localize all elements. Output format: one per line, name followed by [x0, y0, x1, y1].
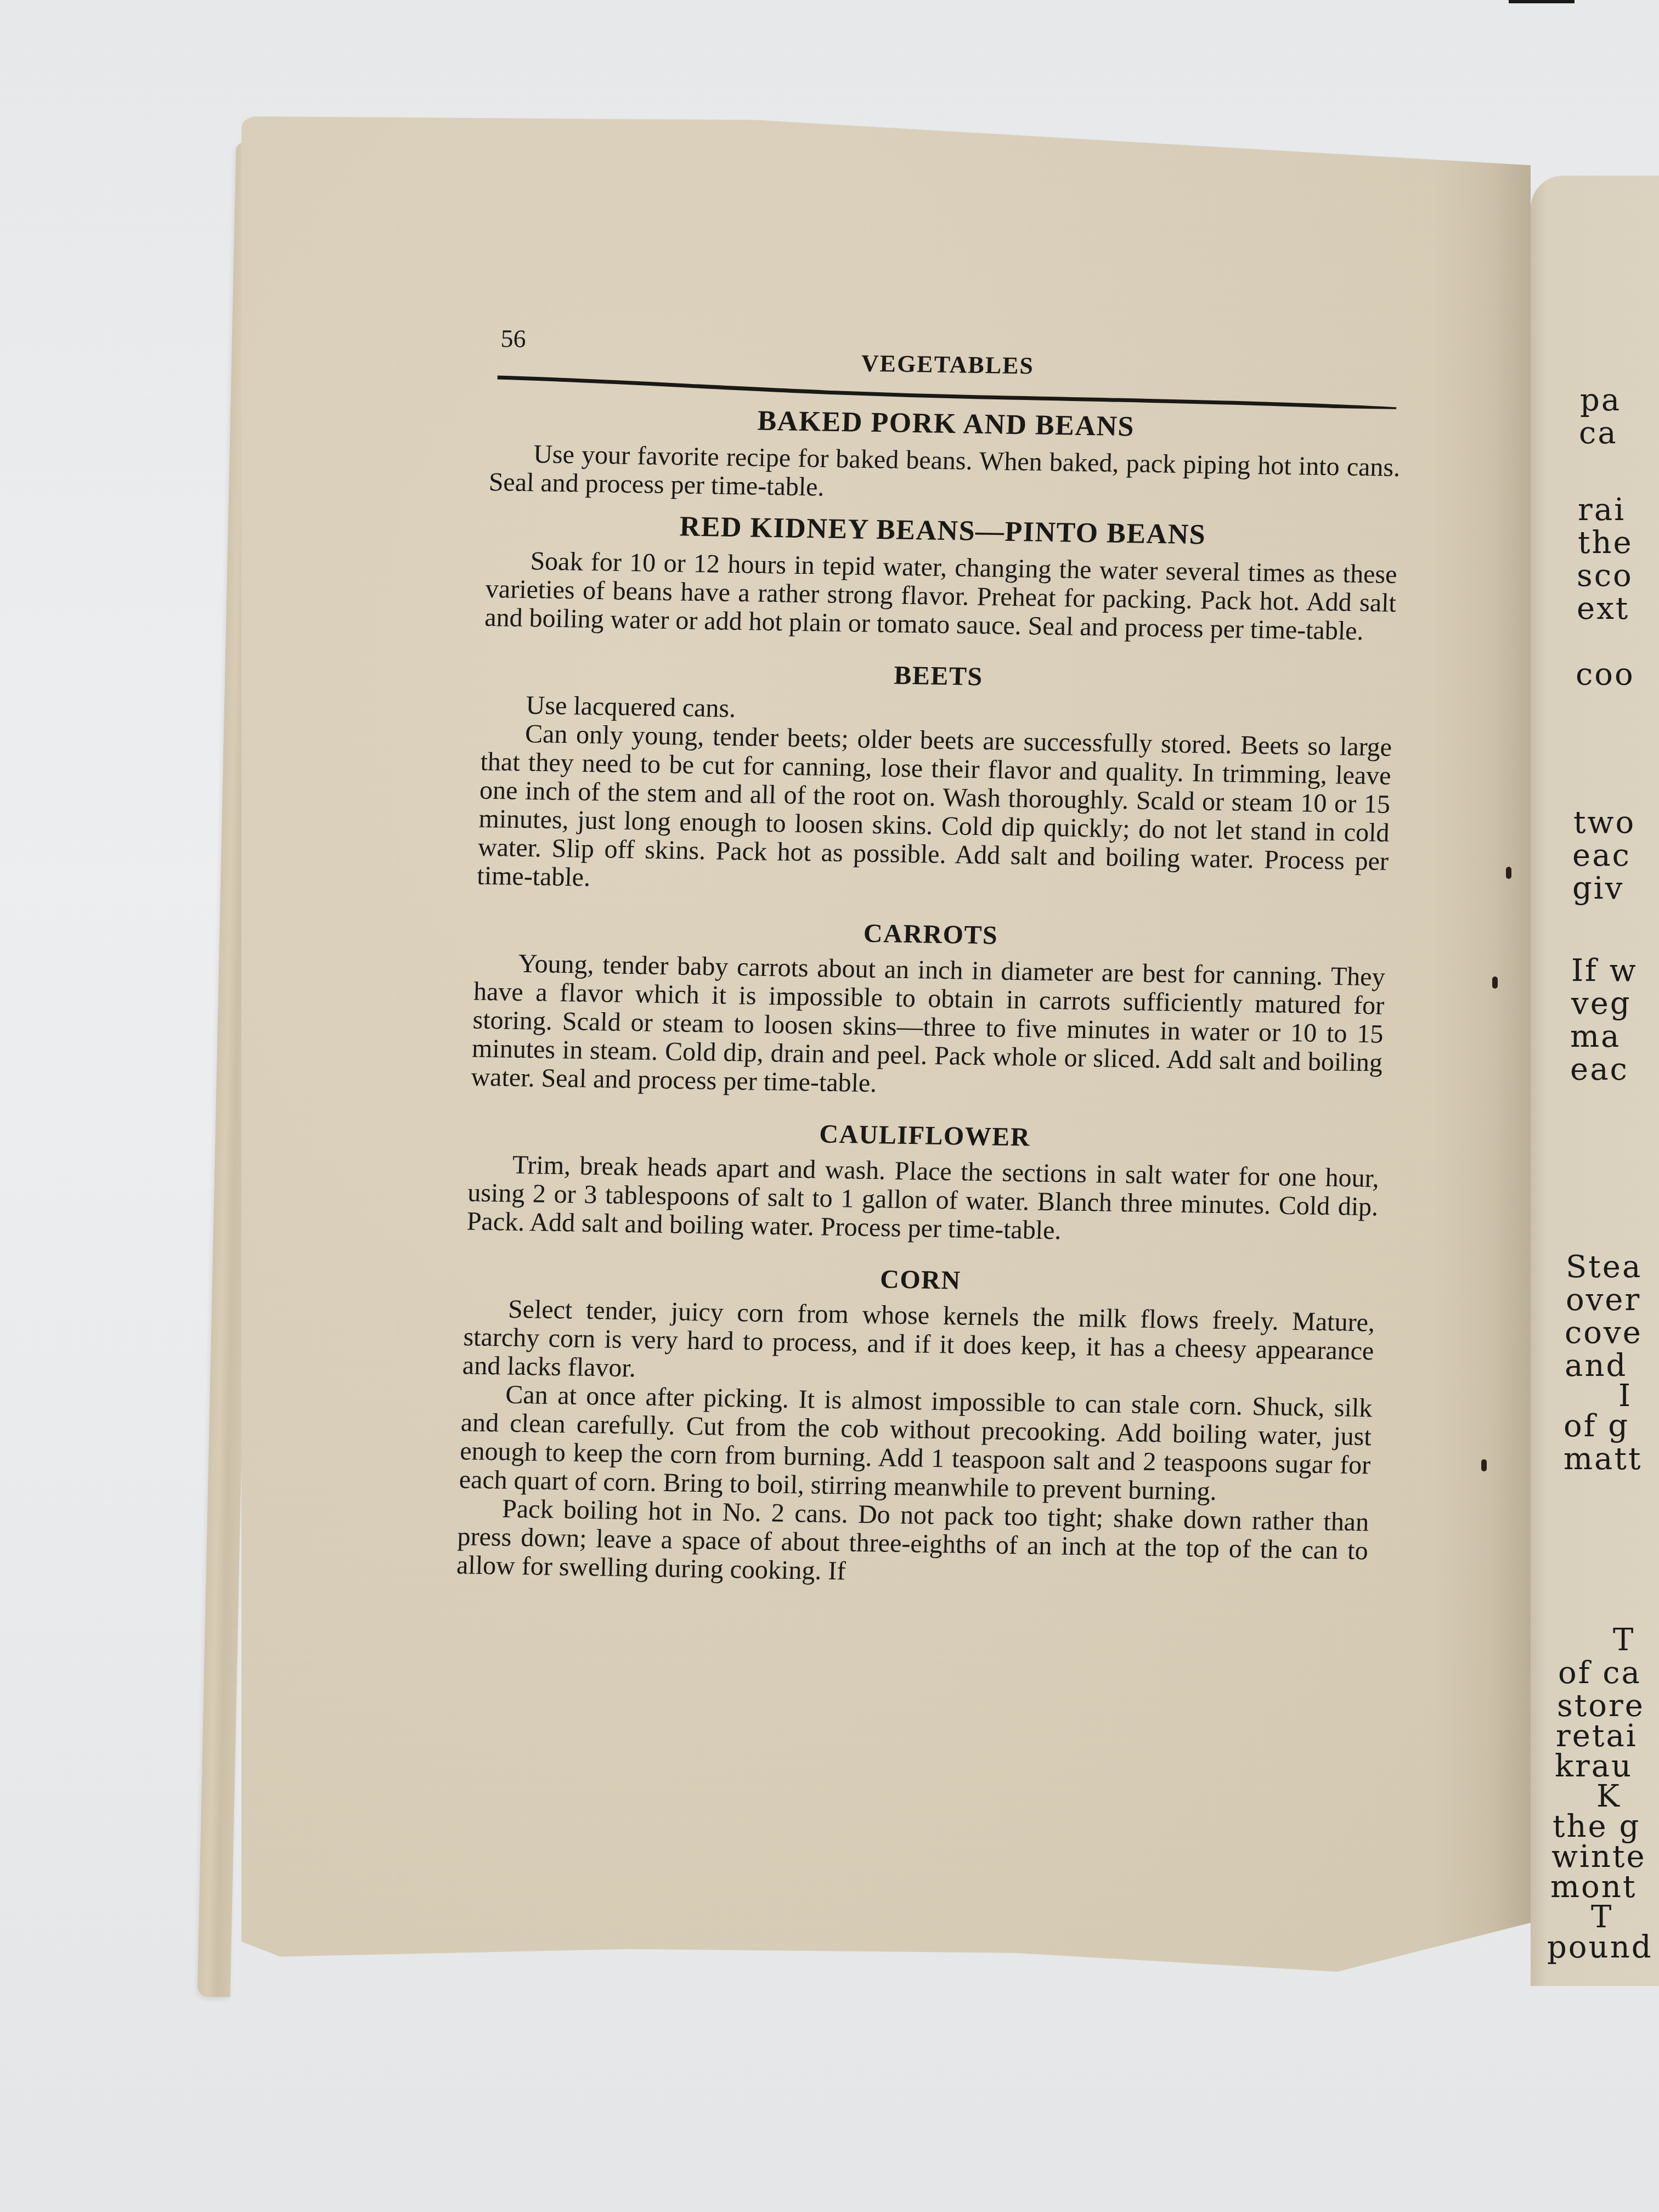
fragment: giv — [1572, 872, 1624, 905]
paragraph: Trim, break heads apart and wash. Place … — [466, 1150, 1379, 1250]
fragment: over — [1566, 1284, 1641, 1317]
fragment: the g — [1553, 1810, 1640, 1843]
fragment: winte — [1551, 1841, 1646, 1874]
section-red-kidney-pinto-beans: RED KIDNEY BEANS—PINTO BEANS Soak for 10… — [484, 507, 1399, 646]
section-title: RED KIDNEY BEANS—PINTO BEANS — [487, 507, 1399, 554]
fragment: of g — [1564, 1410, 1629, 1443]
fragment: pound — [1547, 1931, 1653, 1964]
binding-mark — [1506, 867, 1511, 879]
fragment: rai — [1578, 494, 1626, 527]
fragment: I — [1618, 1380, 1632, 1413]
fragment: cove — [1565, 1317, 1643, 1350]
right-facing-page: pa ca rai the sco ext coo two eac giv If… — [1531, 176, 1659, 1986]
fragment: retai — [1556, 1720, 1638, 1753]
fragment: coo — [1576, 658, 1635, 691]
fragment: two — [1573, 806, 1635, 839]
paragraph: Young, tender baby carrots about an inch… — [471, 949, 1386, 1106]
section-title: CARROTS — [475, 912, 1386, 957]
fragment: and — [1565, 1350, 1627, 1383]
paragraph: Use your favorite recipe for baked beans… — [488, 439, 1401, 511]
section-carrots: CARROTS Young, tender baby carrots about… — [471, 912, 1386, 1106]
paragraph: Select tender, juicy corn from whose ker… — [462, 1294, 1375, 1394]
right-page-text-fragments: pa ca rai the sco ext coo two eac giv If… — [1531, 176, 1659, 1986]
fragment: krau — [1555, 1750, 1633, 1783]
fragment: eac — [1572, 839, 1631, 872]
fragment: ext — [1577, 592, 1629, 625]
right-head-rule — [1509, 0, 1575, 3]
section-title: BAKED PORK AND BEANS — [490, 400, 1402, 447]
fragment: of ca — [1558, 1657, 1641, 1690]
paragraph: Can at once after picking. It is almost … — [459, 1380, 1373, 1508]
binding-mark — [1481, 1459, 1487, 1471]
binding-mark — [1492, 977, 1498, 989]
section-baked-pork-and-beans: BAKED PORK AND BEANS Use your favorite r… — [488, 400, 1402, 511]
section-title: BEETS — [483, 654, 1394, 698]
fragment: eac — [1570, 1053, 1629, 1086]
section-title: CAULIFLOWER — [469, 1113, 1380, 1158]
paragraph: Can only young, tender beets; older beet… — [477, 719, 1392, 905]
fragment: matt — [1564, 1443, 1643, 1476]
fragment: veg — [1571, 988, 1632, 1020]
fragment: pa — [1580, 384, 1621, 417]
fragment: Stea — [1566, 1251, 1642, 1284]
paragraph: Pack boiling hot in No. 2 cans. Do not p… — [456, 1494, 1369, 1594]
fragment: the — [1578, 527, 1633, 560]
paragraph: Soak for 10 or 12 hours in tepid water, … — [484, 546, 1397, 646]
section-beets: BEETS Use lacquered cans. Can only young… — [477, 654, 1395, 905]
fragment: If w — [1571, 955, 1638, 988]
running-head: 56 VEGETABLES — [492, 313, 1404, 404]
fragment: K — [1596, 1780, 1621, 1813]
page-content: 56 VEGETABLES BAKED PORK AND BEANS Use y… — [494, 313, 1404, 1580]
fragment: mont — [1550, 1871, 1637, 1904]
fragment: T — [1613, 1624, 1635, 1657]
fragment: sco — [1577, 560, 1633, 592]
section-cauliflower: CAULIFLOWER Trim, break heads apart and … — [466, 1113, 1380, 1250]
section-title: CORN — [465, 1257, 1376, 1302]
section-corn: CORN Select tender, juicy corn from whos… — [456, 1257, 1376, 1594]
fragment: ca — [1579, 417, 1618, 450]
fragment: store — [1557, 1690, 1645, 1723]
gutter-shadow — [1432, 116, 1531, 1998]
fragment: T — [1591, 1901, 1613, 1934]
fragment: ma — [1570, 1020, 1621, 1053]
